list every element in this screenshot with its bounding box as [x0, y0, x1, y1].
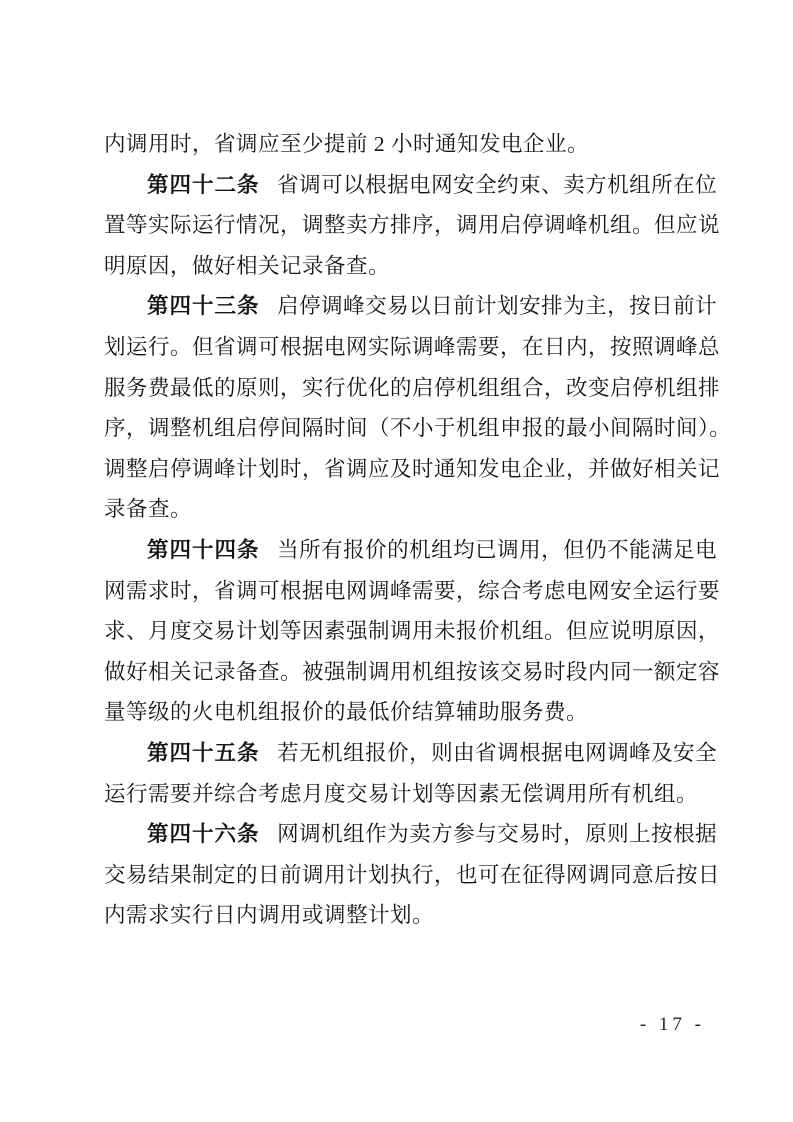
- document-body: 内调用时，省调应至少提前 2 小时通知发电企业。第四十二条省调可以根据电网安全约…: [104, 124, 712, 936]
- text-line: 置等实际运行情况，调整卖方排序，调用启停调峰机组。但应说: [104, 205, 712, 246]
- line-text: 网调机组作为卖方参与交易时，原则上按根据: [277, 822, 717, 846]
- text-line: 量等级的火电机组报价的最低价结算辅助服务费。: [104, 692, 712, 733]
- text-line: 划运行。但省调可根据电网实际调峰需要，在日内，按照调峰总: [104, 327, 712, 368]
- text-line: 第四十五条若无机组报价，则由省调根据电网调峰及安全: [104, 733, 712, 774]
- text-line: 第四十三条启停调峰交易以日前计划安排为主，按日前计: [104, 286, 712, 327]
- article-number: 第四十五条: [147, 741, 260, 765]
- article-number: 第四十三条: [147, 294, 260, 318]
- document-page: 内调用时，省调应至少提前 2 小时通知发电企业。第四十二条省调可以根据电网安全约…: [0, 0, 793, 1122]
- article-number: 第四十六条: [147, 822, 260, 846]
- text-line: 求、月度交易计划等因素强制调用未报价机组。但应说明原因，: [104, 611, 712, 652]
- text-line: 运行需要并综合考虑月度交易计划等因素无偿调用所有机组。: [104, 774, 712, 815]
- line-text: 启停调峰交易以日前计划安排为主，按日前计: [277, 294, 717, 318]
- text-line: 第四十六条网调机组作为卖方参与交易时，原则上按根据: [104, 814, 712, 855]
- text-line: 内调用时，省调应至少提前 2 小时通知发电企业。: [104, 124, 712, 165]
- text-line: 网需求时，省调可根据电网调峰需要，综合考虑电网安全运行要: [104, 571, 712, 612]
- text-line: 服务费最低的原则，实行优化的启停机组组合，改变启停机组排: [104, 368, 712, 409]
- text-line: 第四十四条当所有报价的机组均已调用，但仍不能满足电: [104, 530, 712, 571]
- text-line: 第四十二条省调可以根据电网安全约束、卖方机组所在位: [104, 165, 712, 206]
- text-line: 录备查。: [104, 489, 712, 530]
- text-line: 明原因，做好相关记录备查。: [104, 246, 712, 287]
- page-number: - 17 -: [640, 1014, 705, 1036]
- article-number: 第四十四条: [147, 538, 260, 562]
- text-line: 序，调整机组启停间隔时间（不小于机组申报的最小间隔时间）。: [104, 408, 712, 449]
- line-text: 省调可以根据电网安全约束、卖方机组所在位: [277, 173, 717, 197]
- line-text: 若无机组报价，则由省调根据电网调峰及安全: [277, 741, 717, 765]
- text-line: 交易结果制定的日前调用计划执行，也可在征得网调同意后按日: [104, 855, 712, 896]
- text-line: 做好相关记录备查。被强制调用机组按该交易时段内同一额定容: [104, 652, 712, 693]
- text-line: 调整启停调峰计划时，省调应及时通知发电企业，并做好相关记: [104, 449, 712, 490]
- text-line: 内需求实行日内调用或调整计划。: [104, 895, 712, 936]
- line-text: 当所有报价的机组均已调用，但仍不能满足电: [277, 538, 717, 562]
- article-number: 第四十二条: [147, 173, 260, 197]
